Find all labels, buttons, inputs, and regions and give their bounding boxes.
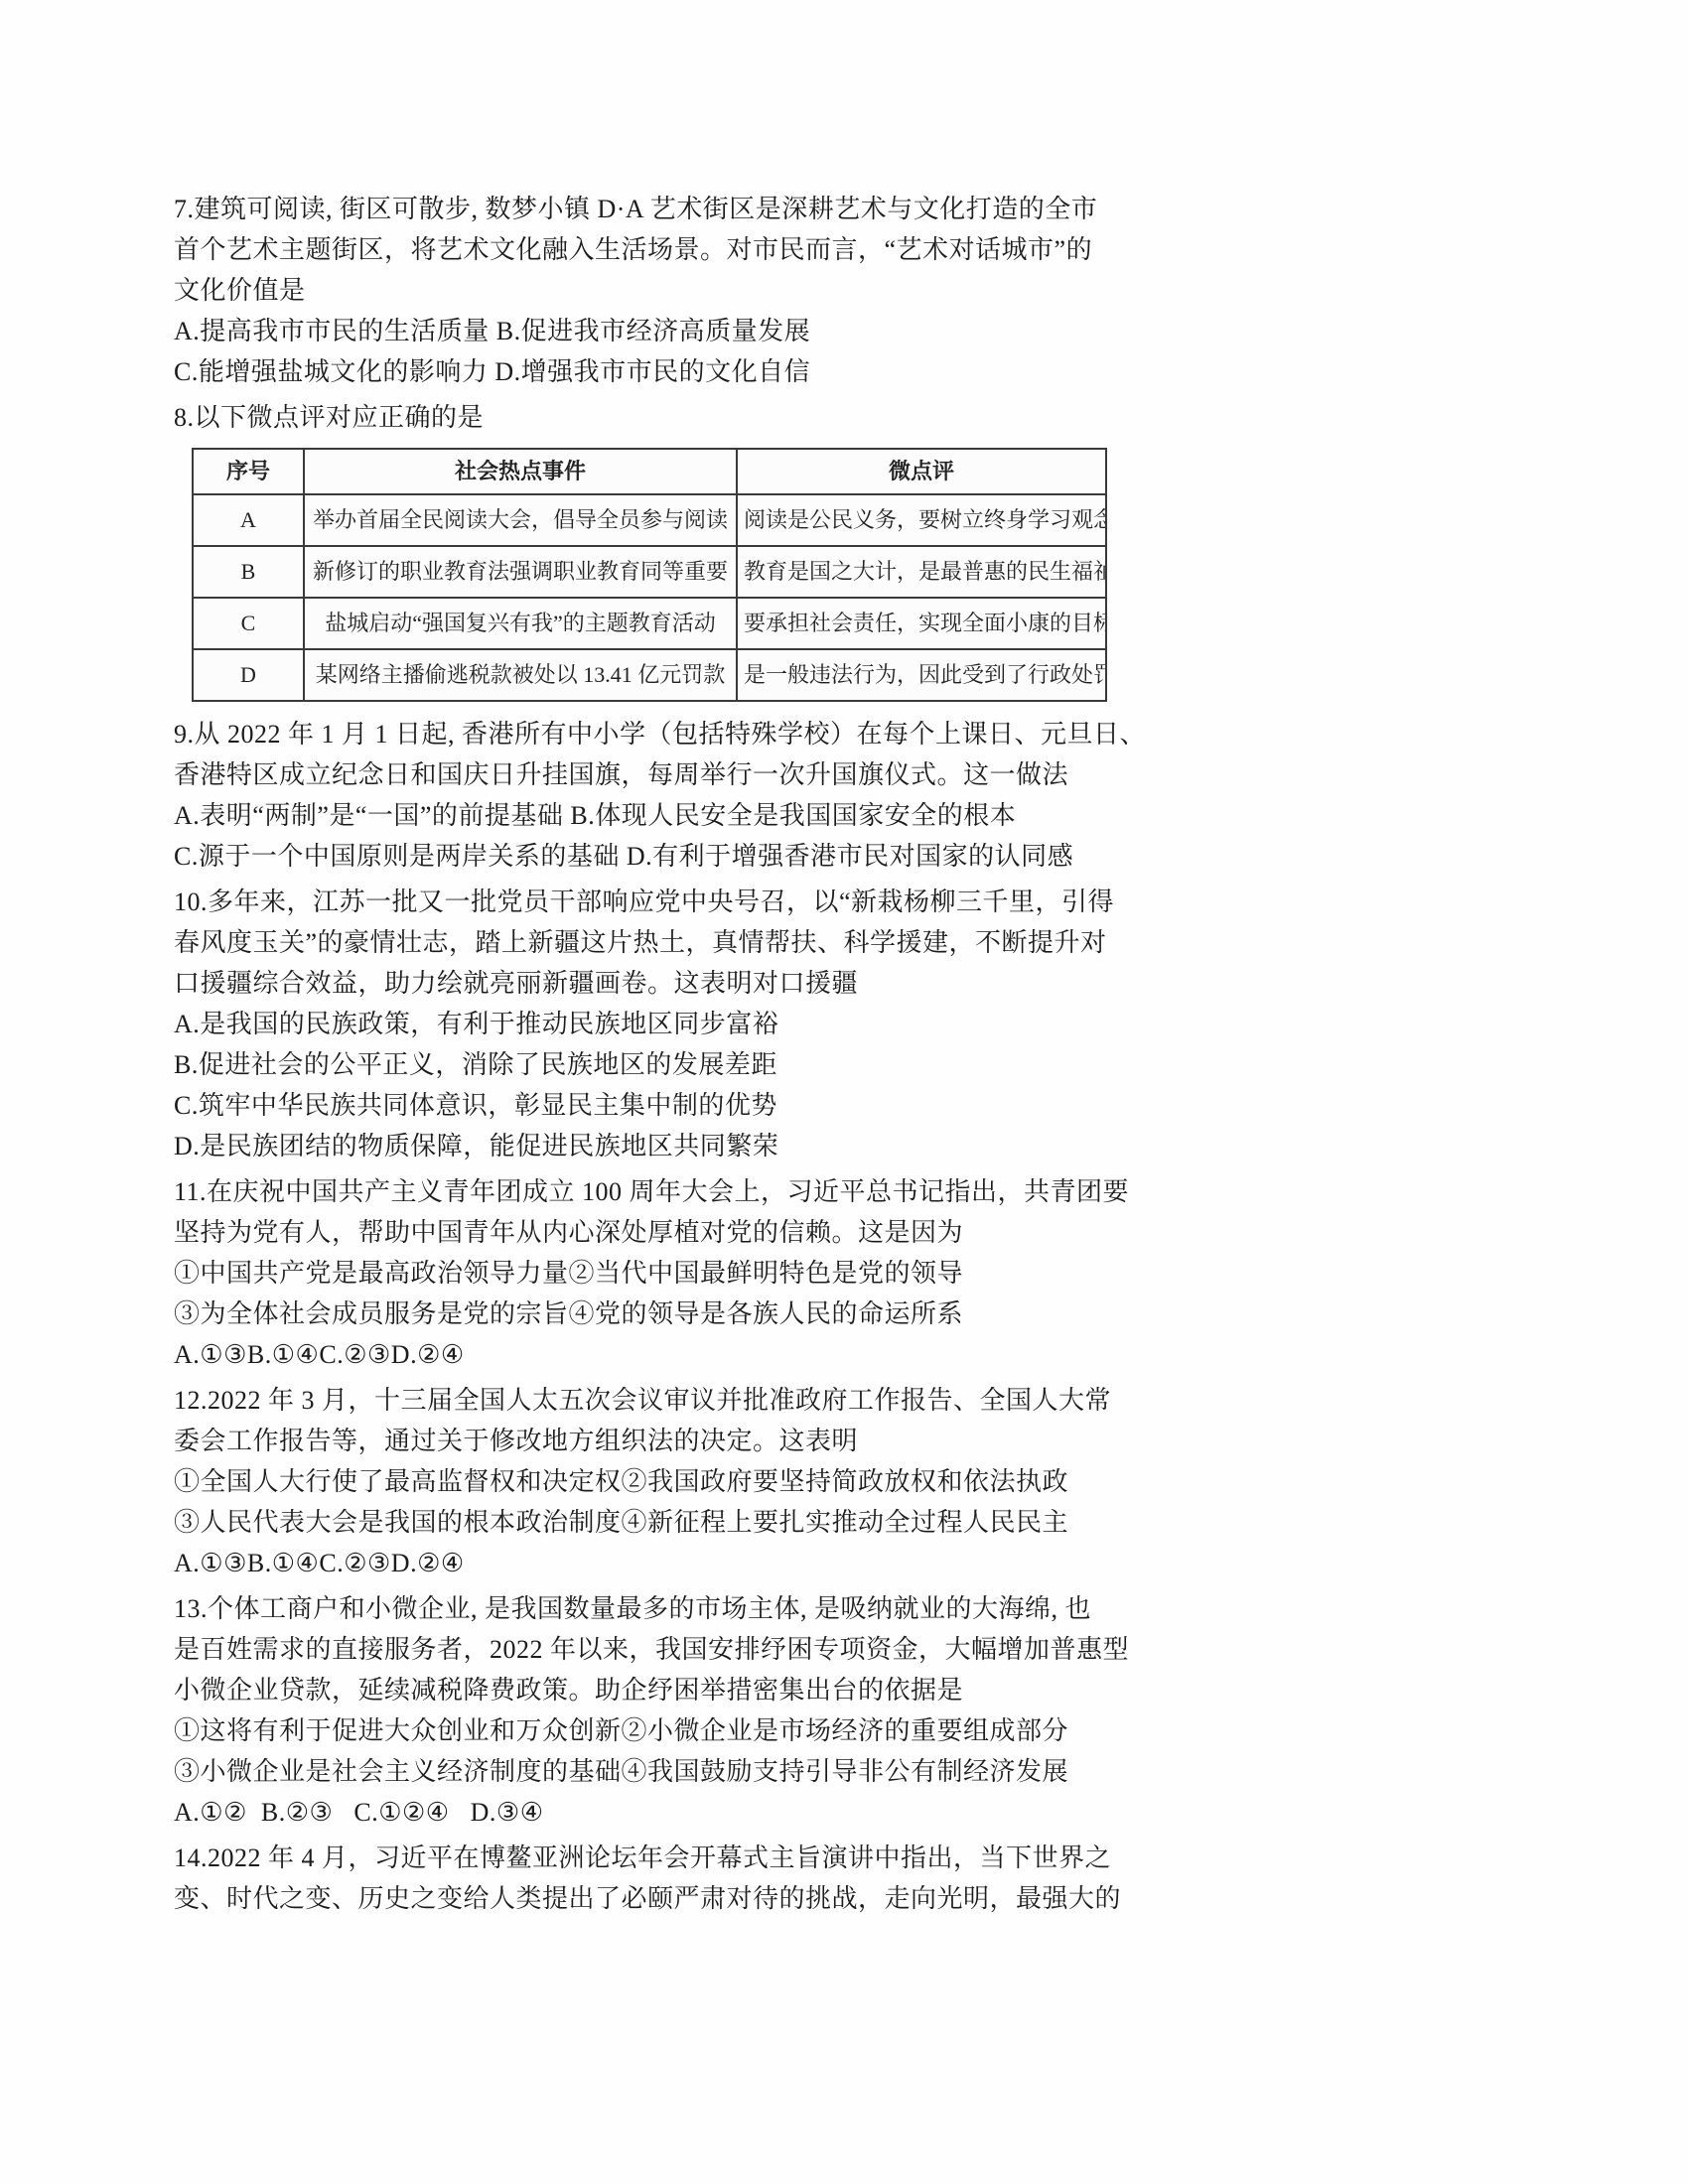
- question-14-line-2: 变、时代之变、历史之变给人类提出了必颐严肃对待的挑战，走向光明，最强大的: [174, 1878, 1127, 1919]
- table-header-comment: 微点评: [737, 449, 1106, 494]
- question-7-options-ab: A.提高我市市民的生活质量 B.促进我市经济高质量发展: [174, 311, 1127, 351]
- question-7-line-1: 7.建筑可阅读, 街区可散步, 数梦小镇 D·A 艺术街区是深耕艺术与文化打造的…: [174, 189, 1127, 229]
- question-9-line-2: 香港特区成立纪念日和国庆日升挂国旗，每周举行一次升国旗仪式。这一做法: [174, 754, 1127, 795]
- question-13-line-2: 是百姓需求的直接服务者，2022 年以来，我国安排纾困专项资金，大幅增加普惠型: [174, 1629, 1127, 1670]
- table-cell-event: 新修订的职业教育法强调职业教育同等重要: [304, 546, 737, 598]
- question-13-items-12: ①这将有利于促进大众创业和万众创新②小微企业是市场经济的重要组成部分: [174, 1710, 1127, 1751]
- question-12-items-34: ③人民代表大会是我国的根本政治制度④新征程上要扎实推动全过程人民民主: [174, 1502, 1127, 1543]
- question-14: 14.2022 年 4 月，习近平在博鳌亚洲论坛年会开幕式主旨演讲中指出，当下世…: [174, 1838, 1127, 1919]
- table-cell-no: A: [193, 494, 304, 546]
- exam-content: 7.建筑可阅读, 街区可散步, 数梦小镇 D·A 艺术街区是深耕艺术与文化打造的…: [174, 189, 1127, 1924]
- question-7-options-cd: C.能增强盐城文化的影响力 D.增强我市市民的文化自信: [174, 351, 1127, 392]
- micro-comment-table: 序号 社会热点事件 微点评 A 举办首届全民阅读大会，倡导全员参与阅读 阅读是公…: [192, 448, 1107, 702]
- question-9-line-1: 9.从 2022 年 1 月 1 日起, 香港所有中小学（包括特殊学校）在每个上…: [174, 714, 1127, 754]
- table-row: B 新修订的职业教育法强调职业教育同等重要 教育是国之大计，是最普惠的民生福祉: [193, 546, 1106, 598]
- table-cell-comment: 要承担社会责任，实现全面小康的目标: [737, 598, 1106, 649]
- question-13-line-1: 13.个体工商户和小微企业, 是我国数量最多的市场主体, 是吸纳就业的大海绵, …: [174, 1588, 1127, 1629]
- question-14-line-1: 14.2022 年 4 月，习近平在博鳌亚洲论坛年会开幕式主旨演讲中指出，当下世…: [174, 1838, 1127, 1878]
- table-cell-no: D: [193, 649, 304, 701]
- table-cell-event: 盐城启动“强国复兴有我”的主题教育活动: [304, 598, 737, 649]
- question-12-items-12: ①全国人大行使了最高监督权和决定权②我国政府要坚持简政放权和依法执政: [174, 1461, 1127, 1502]
- question-13: 13.个体工商户和小微企业, 是我国数量最多的市场主体, 是吸纳就业的大海绵, …: [174, 1588, 1127, 1833]
- table-row: C 盐城启动“强国复兴有我”的主题教育活动 要承担社会责任，实现全面小康的目标: [193, 598, 1106, 649]
- question-9: 9.从 2022 年 1 月 1 日起, 香港所有中小学（包括特殊学校）在每个上…: [174, 714, 1127, 877]
- question-9-options-cd: C.源于一个中国原则是两岸关系的基础 D.有利于增强香港市民对国家的认同感: [174, 836, 1127, 877]
- table-cell-comment: 教育是国之大计，是最普惠的民生福祉: [737, 546, 1106, 598]
- question-13-line-3: 小微企业贷款，延续减税降费政策。助企纾困举措密集出台的依据是: [174, 1670, 1127, 1710]
- question-10-line-2: 春风度玉关”的豪情壮志，踏上新疆这片热土，真情帮扶、科学援建，不断提升对: [174, 922, 1127, 963]
- question-10-line-3: 口援疆综合效益，助力绘就亮丽新疆画卷。这表明对口援疆: [174, 963, 1127, 1004]
- table-cell-no: B: [193, 546, 304, 598]
- table-cell-no: C: [193, 598, 304, 649]
- table-row: A 举办首届全民阅读大会，倡导全员参与阅读 阅读是公民义务，要树立终身学习观念: [193, 494, 1106, 546]
- table-cell-event: 举办首届全民阅读大会，倡导全员参与阅读: [304, 494, 737, 546]
- question-10-option-d: D.是民族团结的物质保障，能促进民族地区共同繁荣: [174, 1126, 1127, 1166]
- question-10-line-1: 10.多年来，江苏一批又一批党员干部响应党中央号召，以“新栽杨柳三千里，引得: [174, 882, 1127, 922]
- question-10-option-b: B.促进社会的公平正义，消除了民族地区的发展差距: [174, 1044, 1127, 1085]
- question-13-items-34: ③小微企业是社会主义经济制度的基础④我国鼓励支持引导非公有制经济发展: [174, 1751, 1127, 1792]
- question-11-items-12: ①中国共产党是最高政治领导力量②当代中国最鲜明特色是党的领导: [174, 1253, 1127, 1294]
- question-12-line-2: 委会工作报告等，通过关于修改地方组织法的决定。这表明: [174, 1421, 1127, 1461]
- question-7-line-2: 首个艺术主题街区，将艺术文化融入生活场景。对市民而言，“艺术对话城市”的: [174, 229, 1127, 270]
- question-11-options: A.①③B.①④C.②③D.②④: [174, 1334, 1127, 1375]
- question-12-line-1: 12.2022 年 3 月，十三届全国人太五次会议审议并批准政府工作报告、全国人…: [174, 1380, 1127, 1421]
- table-cell-comment: 是一般违法行为，因此受到了行政处罚: [737, 649, 1106, 701]
- question-11: 11.在庆祝中国共产主义青年团成立 100 周年大会上，习近平总书记指出，共青团…: [174, 1171, 1127, 1375]
- question-11-line-2: 坚持为党有人，帮助中国青年从内心深处厚植对党的信赖。这是因为: [174, 1212, 1127, 1253]
- question-9-options-ab: A.表明“两制”是“一国”的前提基础 B.体现人民安全是我国国家安全的根本: [174, 795, 1127, 836]
- question-10-option-a: A.是我国的民族政策，有利于推动民族地区同步富裕: [174, 1004, 1127, 1044]
- table-header-no: 序号: [193, 449, 304, 494]
- question-12: 12.2022 年 3 月，十三届全国人太五次会议审议并批准政府工作报告、全国人…: [174, 1380, 1127, 1583]
- question-11-items-34: ③为全体社会成员服务是党的宗旨④党的领导是各族人民的命运所系: [174, 1294, 1127, 1334]
- question-8-stem: 8.以下微点评对应正确的是: [174, 397, 1127, 438]
- question-10-option-c: C.筑牢中华民族共同体意识，彰显民主集中制的优势: [174, 1085, 1127, 1126]
- table-row: D 某网络主播偷逃税款被处以 13.41 亿元罚款 是一般违法行为，因此受到了行…: [193, 649, 1106, 701]
- question-7-line-3: 文化价值是: [174, 270, 1127, 311]
- question-8: 8.以下微点评对应正确的是: [174, 397, 1127, 438]
- question-13-options: A.①② B.②③ C.①②④ D.③④: [174, 1792, 1127, 1833]
- question-11-line-1: 11.在庆祝中国共产主义青年团成立 100 周年大会上，习近平总书记指出，共青团…: [174, 1171, 1127, 1212]
- question-12-options: A.①③B.①④C.②③D.②④: [174, 1543, 1127, 1583]
- table-cell-event: 某网络主播偷逃税款被处以 13.41 亿元罚款: [304, 649, 737, 701]
- question-7: 7.建筑可阅读, 街区可散步, 数梦小镇 D·A 艺术街区是深耕艺术与文化打造的…: [174, 189, 1127, 392]
- question-10: 10.多年来，江苏一批又一批党员干部响应党中央号召，以“新栽杨柳三千里，引得 春…: [174, 882, 1127, 1166]
- table-cell-comment: 阅读是公民义务，要树立终身学习观念: [737, 494, 1106, 546]
- table-header-row: 序号 社会热点事件 微点评: [193, 449, 1106, 494]
- exam-page: 7.建筑可阅读, 街区可散步, 数梦小镇 D·A 艺术街区是深耕艺术与文化打造的…: [0, 0, 1688, 2184]
- table-header-event: 社会热点事件: [304, 449, 737, 494]
